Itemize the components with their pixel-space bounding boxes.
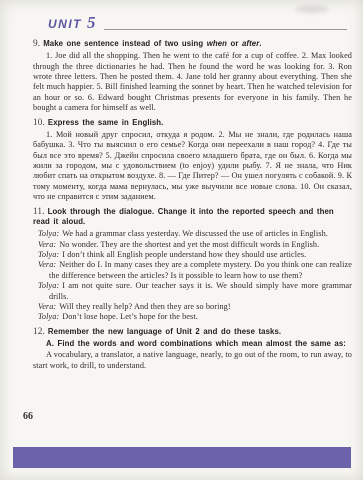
exercise-10-title: Express the same in English. bbox=[48, 118, 164, 127]
exercise-9-number: 9. bbox=[33, 39, 40, 49]
dialogue-text: Don’t lose hope. Let’s hope for the best… bbox=[62, 312, 198, 321]
exercise-11-number: 11. bbox=[33, 207, 45, 217]
exercise-12-heading: 12.Remember the new language of Unit 2 a… bbox=[33, 327, 352, 337]
exercise-10-heading: 10.Express the same in English. bbox=[33, 118, 352, 128]
dialogue-line: Tolya:I don’t think all English people u… bbox=[33, 250, 352, 260]
exercise-12-subtask-a-heading: A. Find the words and word combinations … bbox=[46, 339, 352, 349]
exercise-12-number: 12. bbox=[33, 327, 45, 337]
dialogue-text: Neither do I. In many cases they are a c… bbox=[49, 260, 352, 279]
page-header: UNIT 5 bbox=[48, 13, 347, 33]
exercise-9-title-after: after bbox=[242, 39, 259, 48]
header-rule bbox=[104, 29, 348, 30]
dialogue-text: We had a grammar class yesterday. We dis… bbox=[62, 229, 328, 238]
dialogue-text: I am not quite sure. Our teacher says it… bbox=[49, 281, 352, 300]
unit-logo: UNIT 5 bbox=[48, 13, 96, 33]
exercise-10-number: 10. bbox=[33, 118, 45, 128]
dialogue-speaker: Tolya: bbox=[38, 250, 59, 259]
dialogue-line: Vera:Neither do I. In many cases they ar… bbox=[33, 260, 352, 281]
dialogue-speaker: Vera: bbox=[38, 260, 56, 269]
exercise-9-title-end: . bbox=[259, 39, 261, 48]
dialogue-speaker: Tolya: bbox=[38, 229, 59, 238]
exercise-12-title: Remember the new language of Unit 2 and … bbox=[48, 327, 281, 336]
exercise-9-title-or: or bbox=[227, 39, 242, 48]
exercise-9-body: 1. Joe did all the shopping. Then he wen… bbox=[33, 51, 352, 113]
page-content: 9.Make one sentence instead of two using… bbox=[33, 38, 352, 450]
exercise-11-heading: 11.Look through the dialogue. Change it … bbox=[33, 207, 352, 227]
exercise-12-body: A vocabulary, a translator, a native lan… bbox=[33, 350, 352, 371]
exercise-11-title: Look through the dialogue. Change it int… bbox=[33, 207, 334, 226]
dialogue-speaker: Tolya: bbox=[38, 281, 59, 290]
dialogue-line: Vera:Will they really help? And then the… bbox=[33, 302, 352, 312]
exercise-9-title-pre: Make one sentence instead of two using bbox=[43, 39, 207, 48]
exercise-9-heading: 9.Make one sentence instead of two using… bbox=[33, 39, 352, 49]
dialogue: Tolya:We had a grammar class yesterday. … bbox=[33, 229, 352, 323]
dialogue-speaker: Vera: bbox=[38, 302, 56, 311]
dialogue-speaker: Vera: bbox=[38, 240, 56, 249]
dialogue-text: Will they really help? And then they are… bbox=[59, 302, 230, 311]
dialogue-speaker: Tolya: bbox=[38, 312, 59, 321]
unit-word: UNIT bbox=[48, 17, 82, 31]
page-number: 66 bbox=[23, 411, 33, 422]
textbook-page: UNIT 5 9.Make one sentence instead of tw… bbox=[0, 0, 363, 480]
dialogue-text: No wonder. They are the shortest and yet… bbox=[59, 240, 319, 249]
dialogue-line: Vera:No wonder. They are the shortest an… bbox=[33, 240, 352, 250]
dialogue-line: Tolya:Don’t lose hope. Let’s hope for th… bbox=[33, 312, 352, 322]
dialogue-line: Tolya:We had a grammar class yesterday. … bbox=[33, 229, 352, 239]
scan-smudge bbox=[295, 5, 329, 13]
exercise-12-subtask-a-label: A. bbox=[46, 339, 54, 348]
exercise-9-title-when: when bbox=[207, 39, 227, 48]
footer-decoration-bar bbox=[13, 447, 351, 468]
dialogue-text: I don’t think all English people underst… bbox=[62, 250, 306, 259]
dialogue-line: Tolya:I am not quite sure. Our teacher s… bbox=[33, 281, 352, 302]
exercise-12-subtask-a-title: Find the words and word combinations whi… bbox=[57, 339, 346, 348]
exercise-10-body: 1. Мой новый друг спросил, откуда я родо… bbox=[33, 130, 352, 203]
unit-number: 5 bbox=[87, 13, 96, 32]
